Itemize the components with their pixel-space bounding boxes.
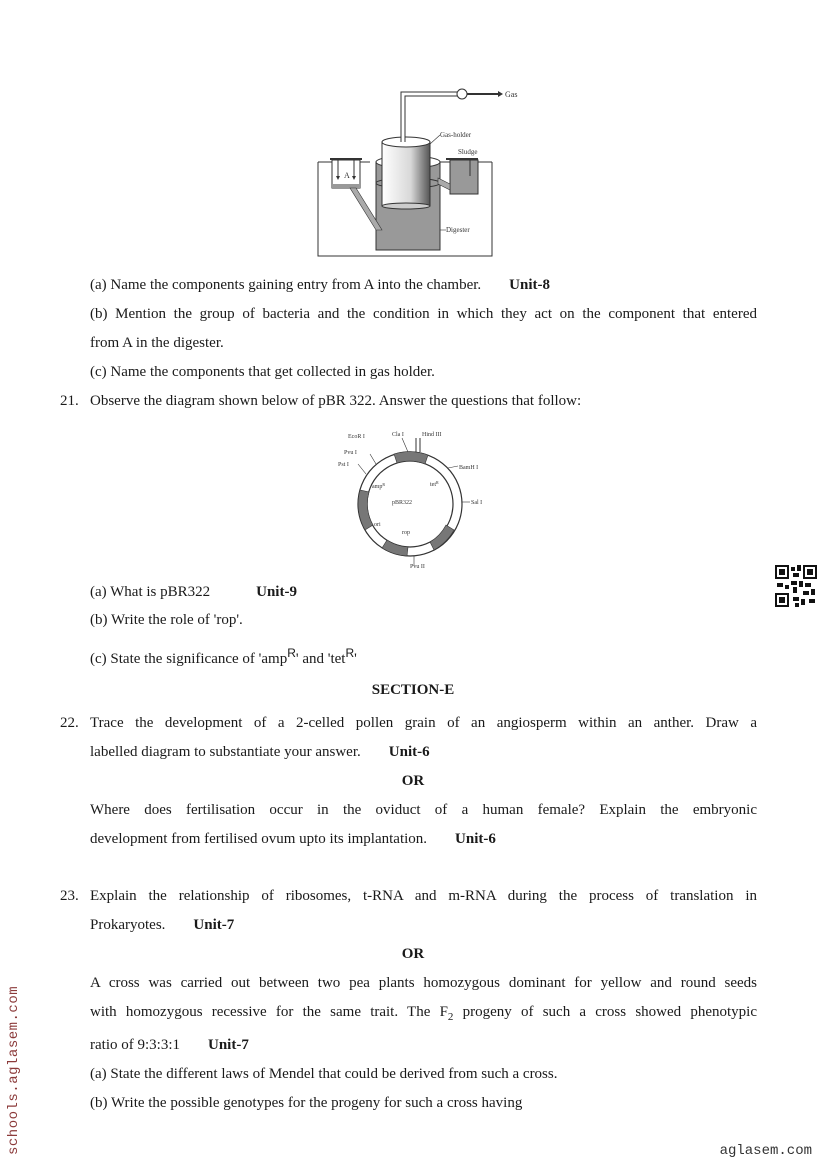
site-psti: Pst I	[338, 462, 349, 468]
section-e-heading: SECTION-E	[0, 681, 826, 699]
gene-amp: ampR	[372, 482, 385, 490]
q22-or: OR	[0, 772, 826, 790]
footer-watermark: aglasem.com	[720, 1143, 812, 1159]
gene-tet: tetR	[430, 480, 439, 488]
unit-tag: Unit-6	[389, 744, 430, 760]
q21-part-c: (c) State the significance of 'ampR' and…	[90, 644, 357, 668]
q23-or: OR	[0, 945, 826, 963]
q20-part-b-line2: from A in the digester.	[90, 334, 224, 352]
question-number-21: 21.	[60, 392, 79, 410]
question-number-22: 22.	[60, 714, 79, 732]
label-gas-holder: Gas-holder	[440, 131, 472, 139]
q23-alt-line3: ratio of 9:3:3:1Unit-7	[90, 1036, 249, 1054]
side-watermark: schools.aglasem.com	[6, 986, 22, 1155]
pbr322-plasmid-diagram: EcoR I Cla I Hind III Pvu I Pst I BamH I…	[330, 424, 500, 569]
unit-tag: Unit-9	[256, 584, 297, 600]
site-hindiii: Hind III	[422, 432, 442, 438]
q21-text: Observe the diagram shown below of pBR 3…	[90, 392, 581, 410]
q22-alt-line1: Where does fertilisation occur in the ov…	[90, 801, 757, 819]
q23-alt-line1: A cross was carried out between two pea …	[90, 974, 757, 992]
unit-tag: Unit-7	[208, 1037, 249, 1053]
q20-part-a: (a) Name the components gaining entry fr…	[90, 276, 550, 294]
site-clai: Cla I	[392, 432, 404, 438]
q23-line2: Prokaryotes.Unit-7	[90, 916, 234, 934]
q22-alt-line2: development from fertilised ovum upto it…	[90, 830, 496, 848]
label-gas: Gas	[505, 90, 517, 99]
q23-line1: Explain the relationship of ribosomes, t…	[90, 887, 757, 905]
q21-part-b: (b) Write the role of 'rop'.	[90, 611, 243, 629]
site-sali: Sal I	[471, 500, 482, 506]
plasmid-center-label: pBR322	[392, 500, 412, 506]
q21-part-a: (a) What is pBR322Unit-9	[90, 583, 297, 601]
site-pvuii: Pvu II	[410, 564, 425, 569]
q23-part-b: (b) Write the possible genotypes for the…	[90, 1094, 522, 1112]
q23-alt-line2: with homozygous recessive for the same t…	[90, 1003, 757, 1026]
gene-rop: rop	[402, 530, 410, 536]
question-number-23: 23.	[60, 887, 79, 905]
q23-part-a: (a) State the different laws of Mendel t…	[90, 1065, 557, 1083]
unit-tag: Unit-7	[193, 917, 234, 933]
site-ecori: EcoR I	[348, 434, 365, 440]
gene-ori: ori	[374, 522, 381, 528]
q22-line1: Trace the development of a 2-celled poll…	[90, 714, 757, 732]
site-bamhi: BamH I	[459, 465, 478, 471]
qr-code[interactable]	[775, 565, 817, 607]
q20-part-b-line1: (b) Mention the group of bacteria and th…	[90, 305, 757, 323]
biogas-plant-diagram: Gas Gas-holder A Sludge Digester	[310, 82, 530, 257]
unit-tag: Unit-6	[455, 831, 496, 847]
label-sludge: Sludge	[458, 148, 477, 156]
q22-line2: labelled diagram to substantiate your an…	[90, 743, 430, 761]
unit-tag: Unit-8	[509, 277, 550, 293]
site-pvui: Pvu I	[344, 450, 357, 456]
label-digester: Digester	[446, 226, 470, 234]
label-inlet-a: A	[344, 171, 350, 180]
q20-part-c: (c) Name the components that get collect…	[90, 363, 435, 381]
